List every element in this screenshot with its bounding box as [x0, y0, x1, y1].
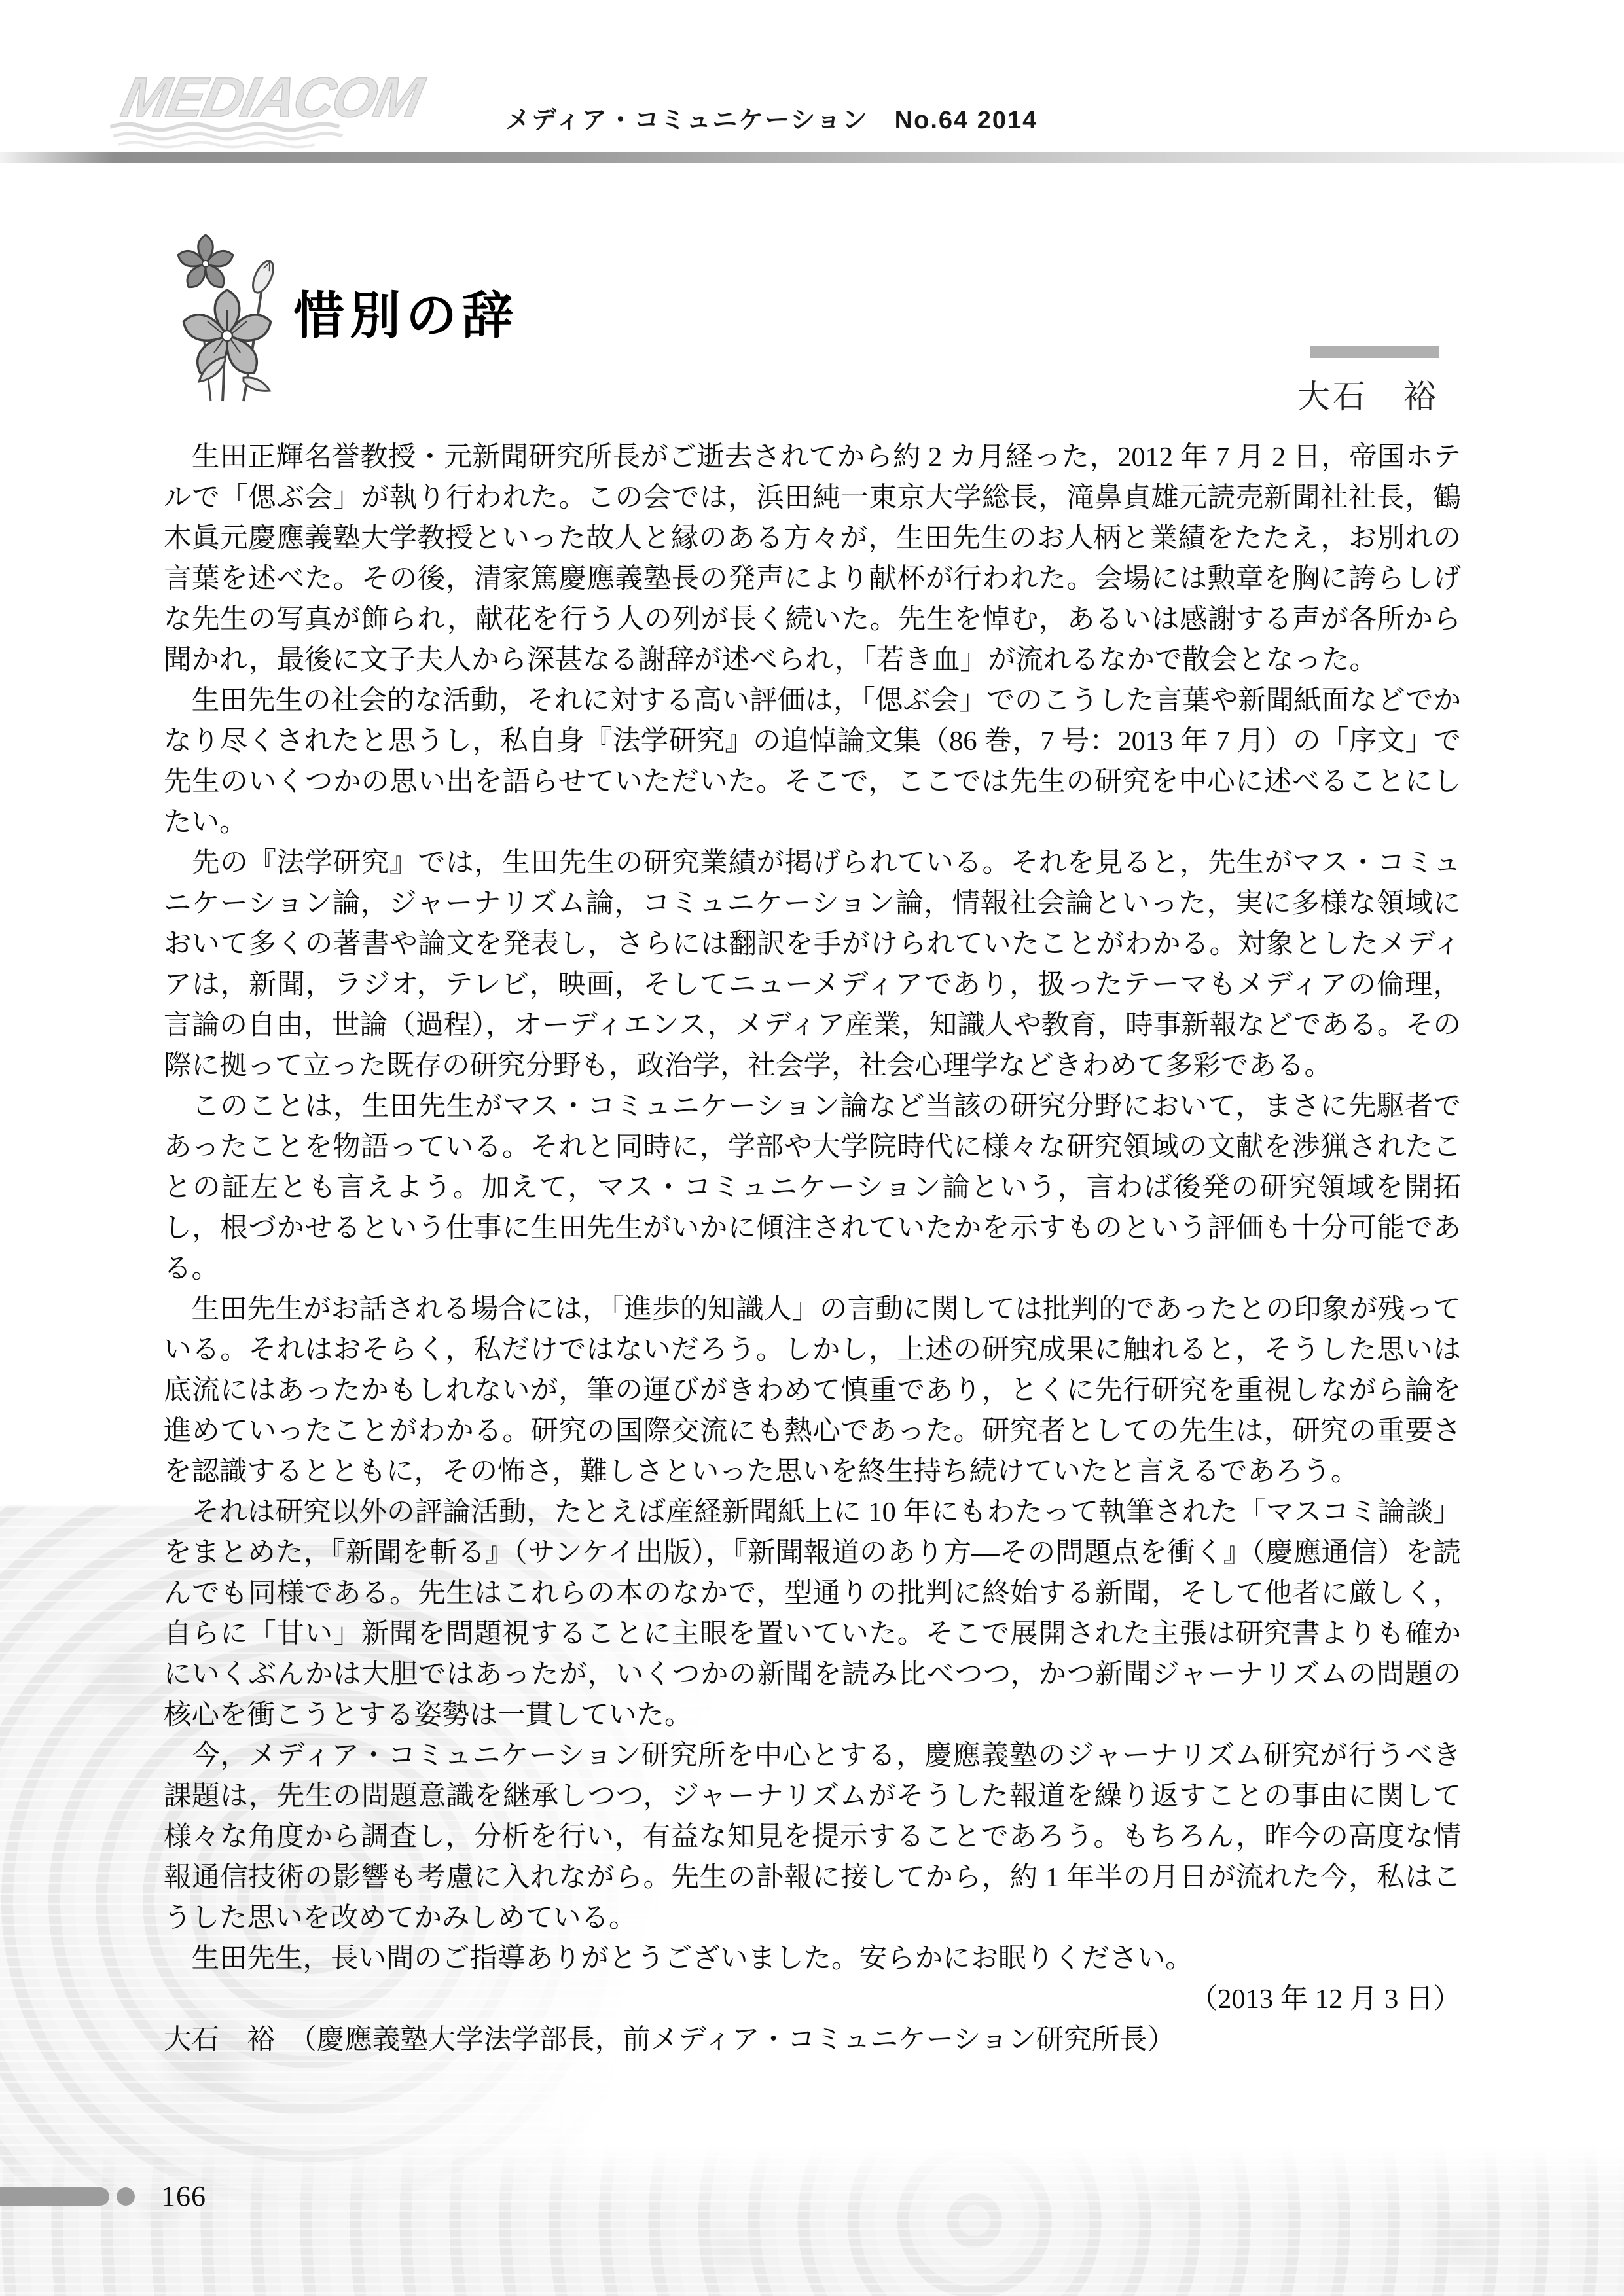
- author-name: 大石 裕: [1297, 370, 1439, 418]
- footer-bar: [0, 2187, 109, 2206]
- article-body: 生田正輝名誉教授・元新聞研究所長がご逝去されてから約 2 カ月経った，2012 …: [164, 437, 1461, 2060]
- page-title: 惜別の辞: [293, 275, 518, 348]
- page-number: 166: [161, 2179, 206, 2213]
- mediacom-logo-icon: MEDIACOM: [98, 60, 517, 155]
- author-signature: 大石 裕 （慶應義塾大学法学部長，前メディア・コミュニケーション研究所長）: [164, 2020, 1461, 2060]
- author-block: 大石 裕: [1297, 346, 1439, 418]
- journal-title: メディア・コミュニケーション No.64 2014: [505, 99, 1038, 135]
- header-gradient-rule: [0, 152, 1624, 163]
- paragraph: 生田先生の社会的な活動，それに対する高い評価は，「偲ぶ会」でのこうした言葉や新聞…: [164, 681, 1461, 843]
- page-footer: 166: [0, 2183, 393, 2210]
- paragraph: 先の『法学研究』では，生田先生の研究業績が掲げられている。それを見ると，先生がマ…: [164, 843, 1461, 1086]
- paragraph: 生田先生がお話される場合には，「進歩的知識人」の言動に関しては批判的であったとの…: [164, 1289, 1461, 1492]
- author-rule: [1310, 346, 1439, 358]
- footer-dot: [117, 2187, 135, 2206]
- paragraph: このことは，生田先生がマス・コミュニケーション論など当該の研究分野において，まさ…: [164, 1086, 1461, 1289]
- paragraph: 今，メディア・コミュニケーション研究所を中心とする，慶應義塾のジャーナリズム研究…: [164, 1736, 1461, 1939]
- bellflower-icon: [165, 226, 283, 404]
- paragraph: それは研究以外の評論活動，たとえば産経新聞紙上に 10 年にもわたって執筆された…: [164, 1492, 1461, 1736]
- article-date: （2013 年 12 月 3 日）: [164, 1979, 1461, 2020]
- paragraph: 生田先生，長い間のご指導ありがとうございました。安らかにお眠りください。: [164, 1939, 1461, 1979]
- paragraph: 生田正輝名誉教授・元新聞研究所長がご逝去されてから約 2 カ月経った，2012 …: [164, 437, 1461, 681]
- flower-field-watermark-strip: [0, 2145, 1624, 2296]
- logo-text: MEDIACOM: [117, 66, 430, 129]
